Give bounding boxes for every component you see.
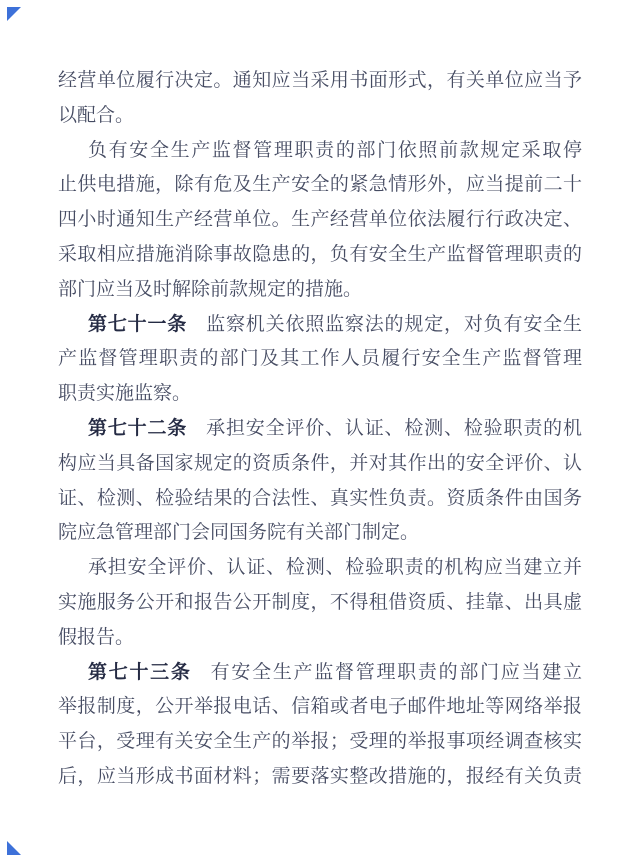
line-text: 假报告。 [58, 627, 134, 648]
text-line: 证、检测、检验结果的合法性、真实性负责。资质条件由国务 [58, 482, 582, 517]
line-text: 采取相应措施消除事故隐患的，负有安全生产监督管理职责的 [58, 244, 582, 265]
text-line: 止供电措施，除有危及生产安全的紧急情形外，应当提前二十 [58, 168, 582, 203]
document-text-block: 经营单位履行决定。通知应当采用书面形式，有关单位应当予以配合。负有安全生产监督管… [58, 64, 582, 795]
text-line: 实施服务公开和报告公开制度，不得租借资质、挂靠、出具虚 [58, 586, 582, 621]
line-text: 院应急管理部门会同国务院有关部门制定。 [58, 522, 419, 543]
text-line: 部门应当及时解除前款规定的措施。 [58, 273, 582, 308]
corner-marker-top-icon [7, 7, 21, 21]
text-line: 四小时通知生产经营单位。生产经营单位依法履行行政决定、 [58, 203, 582, 238]
line-text: 四小时通知生产经营单位。生产经营单位依法履行行政决定、 [58, 209, 582, 230]
line-text: 实施服务公开和报告公开制度，不得租借资质、挂靠、出具虚 [58, 592, 582, 613]
line-text: 部门应当及时解除前款规定的措施。 [58, 279, 362, 300]
text-line: 产监督管理职责的部门及其工作人员履行安全生产监督管理 [58, 342, 582, 377]
text-line: 平台，受理有关安全生产的举报；受理的举报事项经调查核实 [58, 725, 582, 760]
corner-marker-bottom-icon [7, 841, 21, 855]
text-line: 举报制度，公开举报电话、信箱或者电子邮件地址等网络举报 [58, 690, 582, 725]
text-line: 负有安全生产监督管理职责的部门依照前款规定采取停 [58, 134, 582, 169]
article-number: 第七十一条 [88, 314, 187, 335]
text-line: 后，应当形成书面材料；需要落实整改措施的，报经有关负责 [58, 760, 582, 795]
line-text: 后，应当形成书面材料；需要落实整改措施的，报经有关负责 [58, 766, 582, 787]
text-line: 第七十二条承担安全评价、认证、检测、检验职责的机 [58, 412, 582, 447]
text-line: 职责实施监察。 [58, 377, 582, 412]
text-line: 经营单位履行决定。通知应当采用书面形式，有关单位应当予 [58, 64, 582, 99]
article-number: 第七十二条 [88, 418, 187, 439]
line-text: 以配合。 [58, 105, 134, 126]
document-page: 经营单位履行决定。通知应当采用书面形式，有关单位应当予以配合。负有安全生产监督管… [0, 0, 640, 863]
text-line: 以配合。 [58, 99, 582, 134]
line-text: 证、检测、检验结果的合法性、真实性负责。资质条件由国务 [58, 488, 582, 509]
line-text: 举报制度，公开举报电话、信箱或者电子邮件地址等网络举报 [58, 696, 582, 717]
text-line: 院应急管理部门会同国务院有关部门制定。 [58, 516, 582, 551]
text-line: 第七十一条监察机关依照监察法的规定，对负有安全生 [58, 308, 582, 343]
line-text: 负有安全生产监督管理职责的部门依照前款规定采取停 [88, 140, 582, 161]
text-line: 第七十三条有安全生产监督管理职责的部门应当建立 [58, 656, 582, 691]
line-text: 经营单位履行决定。通知应当采用书面形式，有关单位应当予 [58, 70, 582, 91]
text-line: 采取相应措施消除事故隐患的，负有安全生产监督管理职责的 [58, 238, 582, 273]
line-text: 产监督管理职责的部门及其工作人员履行安全生产监督管理 [58, 348, 582, 369]
line-text: 止供电措施，除有危及生产安全的紧急情形外，应当提前二十 [58, 174, 582, 195]
line-text: 职责实施监察。 [58, 383, 191, 404]
text-line: 构应当具备国家规定的资质条件，并对其作出的安全评价、认 [58, 447, 582, 482]
line-text: 承担安全评价、认证、检测、检验职责的机 [206, 418, 582, 439]
line-text: 监察机关依照监察法的规定，对负有安全生 [206, 314, 582, 335]
line-text: 承担安全评价、认证、检测、检验职责的机构应当建立并 [88, 557, 582, 578]
line-text: 有安全生产监督管理职责的部门应当建立 [211, 662, 582, 683]
line-text: 平台，受理有关安全生产的举报；受理的举报事项经调查核实 [58, 731, 582, 752]
text-line: 承担安全评价、认证、检测、检验职责的机构应当建立并 [58, 551, 582, 586]
line-text: 构应当具备国家规定的资质条件，并对其作出的安全评价、认 [58, 453, 582, 474]
article-number: 第七十三条 [88, 662, 192, 683]
text-line: 假报告。 [58, 621, 582, 656]
